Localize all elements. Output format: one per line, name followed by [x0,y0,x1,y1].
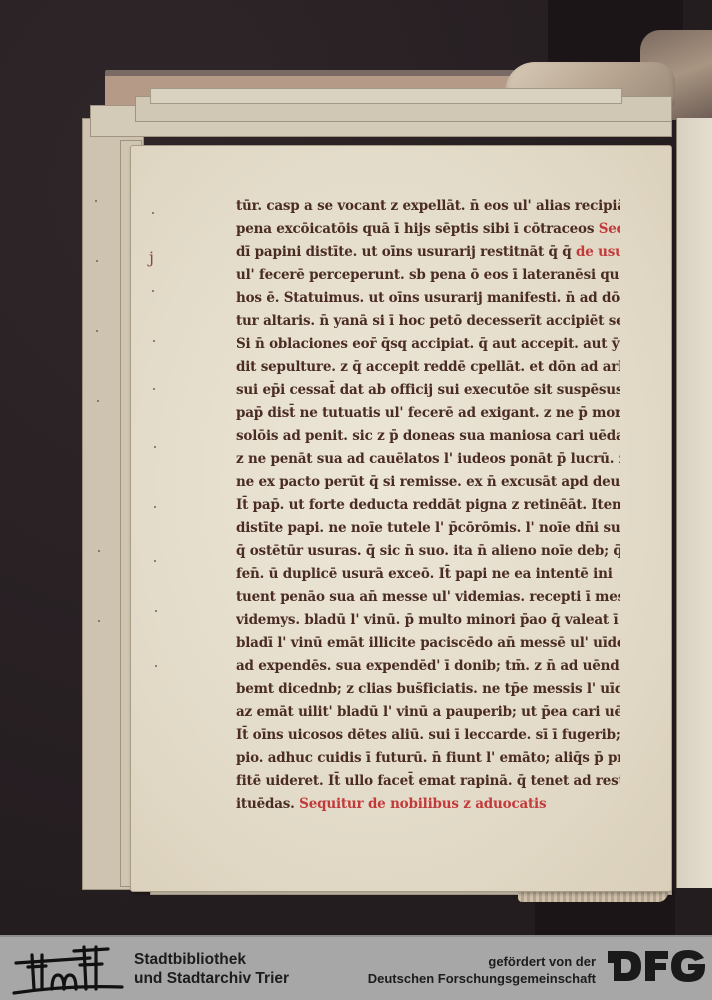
text-line: pio. adhuc cuidis ī futurū. n̄ fiunt l' … [236,747,620,770]
text-line: pap̄ dist̄ ne tutuatis ul' fecerē ad exi… [236,402,620,425]
text-line: hos ē. Statuimus. ut oīns usurarij manif… [236,287,620,310]
text-line: tur altaris. n̄ yanā si ī hoc petō deces… [236,310,620,333]
text-line: distīte papi. ne noīe tutele l' p̄cōrōmi… [236,517,620,540]
text-line: It̄ oīns uicosos dētes aliū. sui ī lecca… [236,724,620,747]
text-line: q̄ ostētūr usuras. q̄ sic n̄ suo. ita n̄… [236,540,620,563]
marginal-mark: j [149,250,154,266]
text-line: It̄ pap̄. ut forte deducta reddāt pigna … [236,494,620,517]
rubric: Sequitur [599,221,620,237]
facing-page [676,118,712,888]
text-line: dit sepulture. z q̄ accepit reddē cpellā… [236,356,620,379]
text-line: bemt dicednb; z clias bus̄ficiatis. ne t… [236,678,620,701]
text-line: fen̄. ū duplicē usurā exceō. It̄ papi ne… [236,563,620,586]
text-line: videmys. bladū l' vinū. p̄ multo minori … [236,609,620,632]
text-line: pena excōicatōis quā ī hijs sēptis sibi … [236,218,620,241]
funding-statement: gefördert von der Deutschen Forschungsge… [368,953,596,987]
text-line: ituēdas. Sequitur de nobilibus z aduocat… [236,793,620,816]
text-line: sui ep̄i cessat̄ dat ab officij sui exec… [236,379,620,402]
text-line: z ne penāt sua ad cauēlatos l' iudeos po… [236,448,620,471]
underlying-leaf-edge [150,88,622,104]
text-line: ne ex pacto perūt q̄ si remisse. ex n̄ e… [236,471,620,494]
rubric: Sequitur de nobilibus z aduocatis [299,796,546,812]
text-line: tuent penāo sua an̄ messe ul' videmias. … [236,586,620,609]
institution-name: Stadtbibliothek und Stadtarchiv Trier [134,950,289,988]
text-line: ad expendēs. sua expendēd' ī donib; tm̄.… [236,655,620,678]
text-line: bladī l' vinū emāt illicite paciscēdo an… [236,632,620,655]
text-line: tūr. casp a se vocant z expellāt. n̄ eos… [236,195,620,218]
text-line: Si n̄ oblaciones eor̄ q̄sq accipiat. q̄ … [236,333,620,356]
text-line: az emāt uilit' bladū l' vinū a pauperib;… [236,701,620,724]
rubric: de usuris. [576,244,620,260]
dfg-logo-icon [608,949,706,983]
text-line: fitē uideret. It̄ ullo facet̄ emat rapin… [236,770,620,793]
text-line: dī papini distīte. ut oīns usurarij rest… [236,241,620,264]
text-line: ul' fecerē perceperunt. sb pena ō eos ī … [236,264,620,287]
manuscript-text-block: tūr. casp a se vocant z expellāt. n̄ eos… [236,195,620,816]
text-line: solōis ad penit. sic z p̄ doneas sua man… [236,425,620,448]
footer-bar: Stadtbibliothek und Stadtarchiv Trier ge… [0,935,712,1000]
stadtbibliothek-trier-logo-icon [12,943,124,997]
